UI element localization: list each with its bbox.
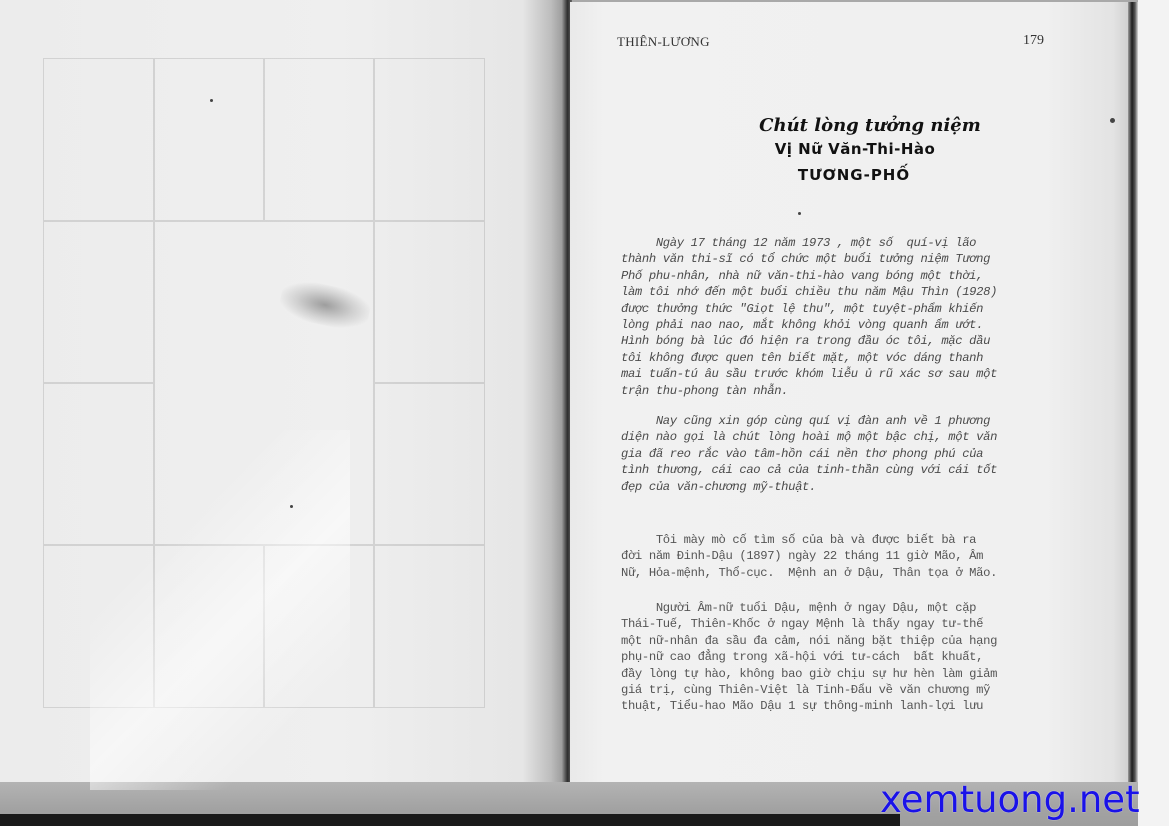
title-line-1: Chút lòng tưởng niệm xyxy=(740,115,1000,136)
dust-speck xyxy=(1110,118,1115,123)
running-head: THIÊN-LƯƠNG xyxy=(617,34,710,50)
paragraph-2: Nay cũng xin góp cùng quí vị đàn anh về … xyxy=(621,413,1061,495)
author-name: TƯƠNG-PHỐ xyxy=(708,166,1000,184)
scanner-background xyxy=(1138,0,1169,826)
dust-speck xyxy=(290,505,293,508)
astrology-chart-bleedthrough xyxy=(43,58,483,708)
book-spread: THIÊN-LƯƠNG 179 Chút lòng tưởng niệm Vị … xyxy=(0,0,1169,826)
chart-cell xyxy=(263,544,375,708)
paragraph-3: Tôi mày mò cố tìm số của bà và được biết… xyxy=(621,532,1061,581)
chart-cell xyxy=(43,58,155,222)
chart-cell xyxy=(373,58,485,222)
chart-center xyxy=(153,220,375,546)
scanner-edge xyxy=(0,814,900,826)
chart-cell xyxy=(43,220,155,384)
page-number: 179 xyxy=(1023,33,1044,49)
chart-cell xyxy=(43,382,155,546)
chart-cell xyxy=(153,544,265,708)
chart-cell xyxy=(43,544,155,708)
dust-speck xyxy=(798,212,801,215)
chart-cell xyxy=(373,220,485,384)
article-title: Chút lòng tưởng niệm Vị Nữ Văn-Thi-Hào T… xyxy=(700,115,1000,184)
paragraph-4: Người Âm-nữ tuổi Dậu, mệnh ở ngay Dậu, m… xyxy=(621,600,1061,715)
page-edge xyxy=(1128,2,1138,782)
chart-cell xyxy=(263,58,375,222)
left-page xyxy=(0,0,568,782)
dust-speck xyxy=(210,99,213,102)
title-line-2: Vị Nữ Văn-Thi-Hào xyxy=(710,140,1000,158)
chart-cell xyxy=(373,382,485,546)
paragraph-1: Ngày 17 tháng 12 năm 1973 , một số quí-v… xyxy=(621,235,1061,399)
chart-cell xyxy=(153,58,265,222)
watermark: xemtuong.net xyxy=(880,778,1140,821)
chart-cell xyxy=(373,544,485,708)
